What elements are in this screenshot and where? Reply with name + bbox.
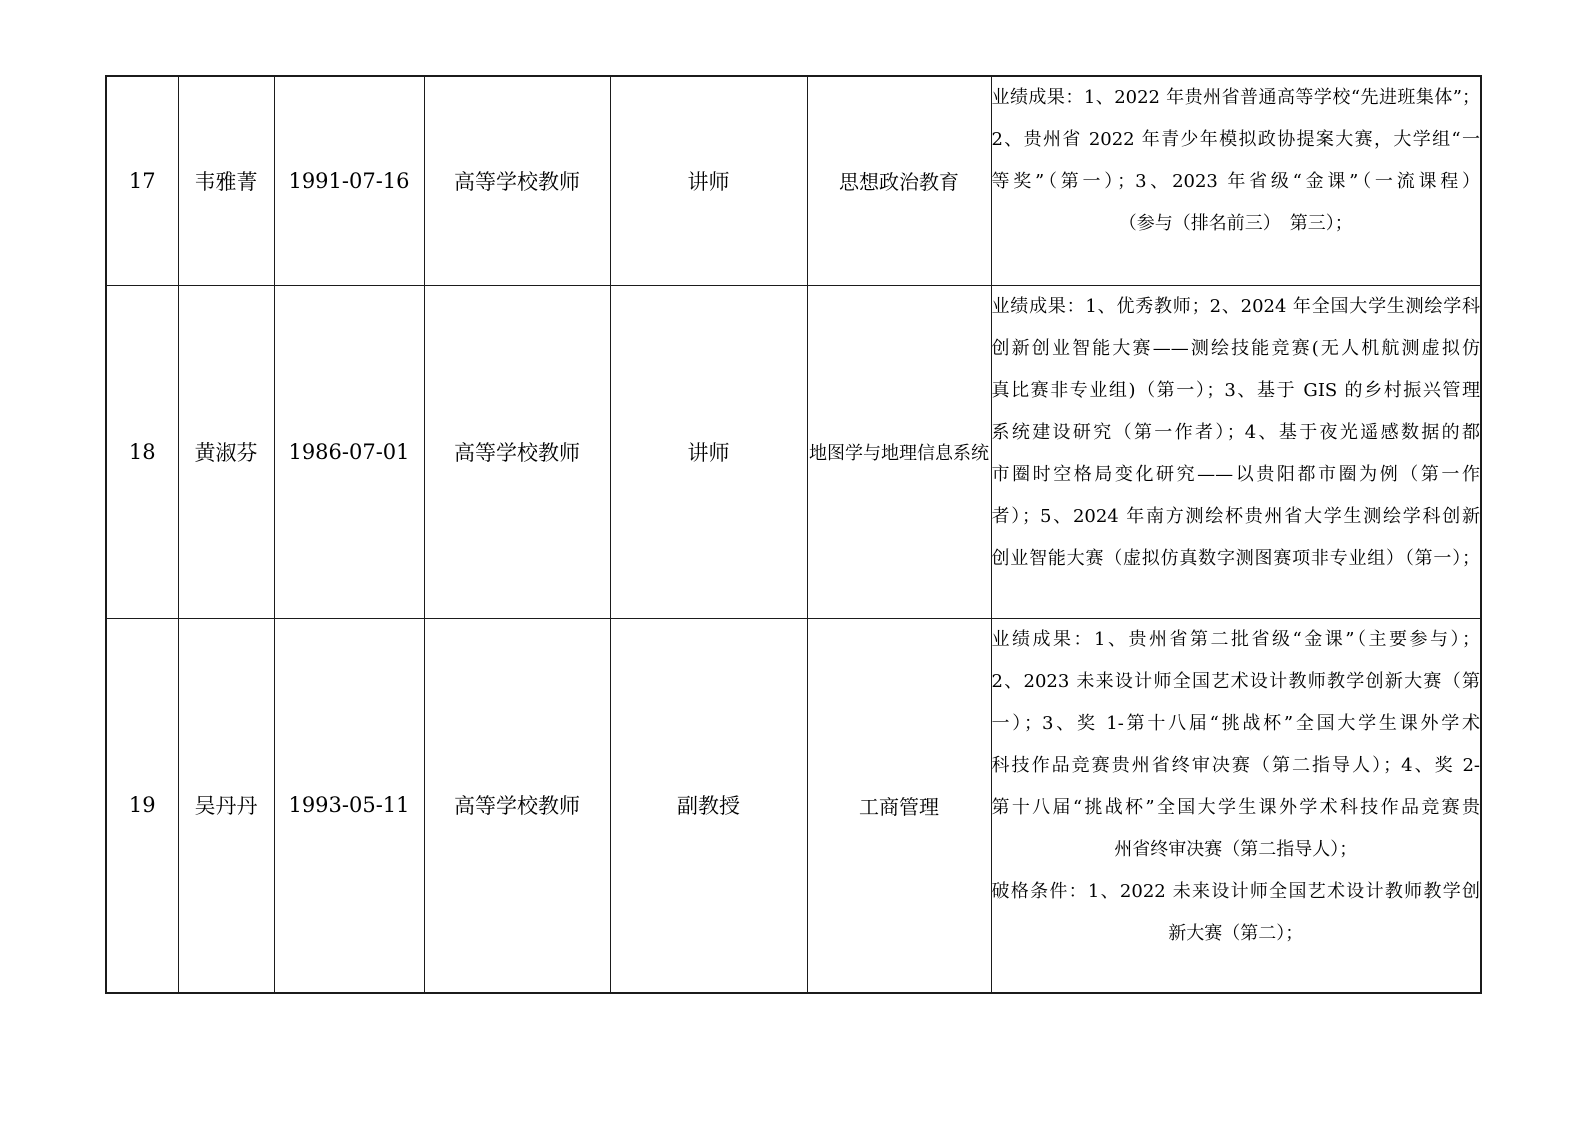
achievement-line: 业绩成果：1、贵州省第二批省级“金课”（主要参与）；: [992, 619, 1481, 661]
cell-number: 18: [106, 285, 178, 618]
cell-discipline: 思想政治教育: [807, 76, 991, 285]
cell-title: 副教授: [610, 618, 807, 993]
achievement-line: 创新创业智能大赛——测绘技能竞赛(无人机航测虚拟仿: [992, 328, 1481, 370]
table-row: 18 黄淑芬 1986-07-01 高等学校教师 讲师 地图学与地理信息系统 业…: [106, 285, 1481, 618]
cell-achievements: 业绩成果：1、2022 年贵州省普通高等学校“先进班集体”； 2、贵州省 202…: [991, 76, 1481, 285]
cell-achievements: 业绩成果：1、优秀教师；2、2024 年全国大学生测绘学科 创新创业智能大赛——…: [991, 285, 1481, 618]
document-page: { "colors": { "background": "#ffffff", "…: [0, 0, 1587, 1122]
cell-discipline: 工商管理: [807, 618, 991, 993]
cell-achievements: 业绩成果：1、贵州省第二批省级“金课”（主要参与）； 2、2023 未来设计师全…: [991, 618, 1481, 993]
achievement-line: 创业智能大赛（虚拟仿真数字测图赛项非专业组）（第一）；: [992, 538, 1481, 580]
cell-occupation: 高等学校教师: [424, 618, 610, 993]
achievement-line: （参与（排名前三） 第三）；: [992, 203, 1481, 245]
cell-name: 吴丹丹: [178, 618, 274, 993]
achievement-line: 破格条件：1、2022 未来设计师全国艺术设计教师教学创: [992, 871, 1481, 913]
achievement-line: 者）；5、2024 年南方测绘杯贵州省大学生测绘学科创新: [992, 496, 1481, 538]
achievement-line: 业绩成果：1、2022 年贵州省普通高等学校“先进班集体”；: [992, 77, 1481, 119]
achievement-line: 市圈时空格局变化研究——以贵阳都市圈为例（第一作: [992, 454, 1481, 496]
cell-birth-date: 1993-05-11: [274, 618, 424, 993]
achievement-line: 业绩成果：1、优秀教师；2、2024 年全国大学生测绘学科: [992, 286, 1481, 328]
cell-name: 黄淑芬: [178, 285, 274, 618]
table-row: 17 韦雅菁 1991-07-16 高等学校教师 讲师 思想政治教育 业绩成果：…: [106, 76, 1481, 285]
cell-title: 讲师: [610, 285, 807, 618]
cell-number: 17: [106, 76, 178, 285]
achievement-line: 新大赛（第二）；: [992, 913, 1481, 955]
cell-birth-date: 1991-07-16: [274, 76, 424, 285]
achievement-line: 第十八届“挑战杯”全国大学生课外学术科技作品竞赛贵: [992, 787, 1481, 829]
cell-discipline: 地图学与地理信息系统: [807, 285, 991, 618]
achievement-line: 科技作品竞赛贵州省终审决赛（第二指导人）；4、奖 2-: [992, 745, 1481, 787]
personnel-table: 17 韦雅菁 1991-07-16 高等学校教师 讲师 思想政治教育 业绩成果：…: [105, 75, 1482, 994]
achievement-line: 系统建设研究（第一作者）；4、基于夜光遥感数据的都: [992, 412, 1481, 454]
cell-number: 19: [106, 618, 178, 993]
achievement-line: 2、贵州省 2022 年青少年模拟政协提案大赛，大学组“一: [992, 119, 1481, 161]
cell-birth-date: 1986-07-01: [274, 285, 424, 618]
cell-title: 讲师: [610, 76, 807, 285]
cell-name: 韦雅菁: [178, 76, 274, 285]
achievement-line: 2、2023 未来设计师全国艺术设计教师教学创新大赛（第: [992, 661, 1481, 703]
achievement-line: 州省终审决赛（第二指导人）；: [992, 829, 1481, 871]
cell-occupation: 高等学校教师: [424, 285, 610, 618]
achievement-line: 一）；3、奖 1-第十八届“挑战杯”全国大学生课外学术: [992, 703, 1481, 745]
achievement-line: 真比赛非专业组)（第一）；3、基于 GIS 的乡村振兴管理: [992, 370, 1481, 412]
cell-occupation: 高等学校教师: [424, 76, 610, 285]
achievement-line: 等奖”（第一）；3、2023 年省级“金课”（一流课程）: [992, 161, 1481, 203]
table-row: 19 吴丹丹 1993-05-11 高等学校教师 副教授 工商管理 业绩成果：1…: [106, 618, 1481, 993]
